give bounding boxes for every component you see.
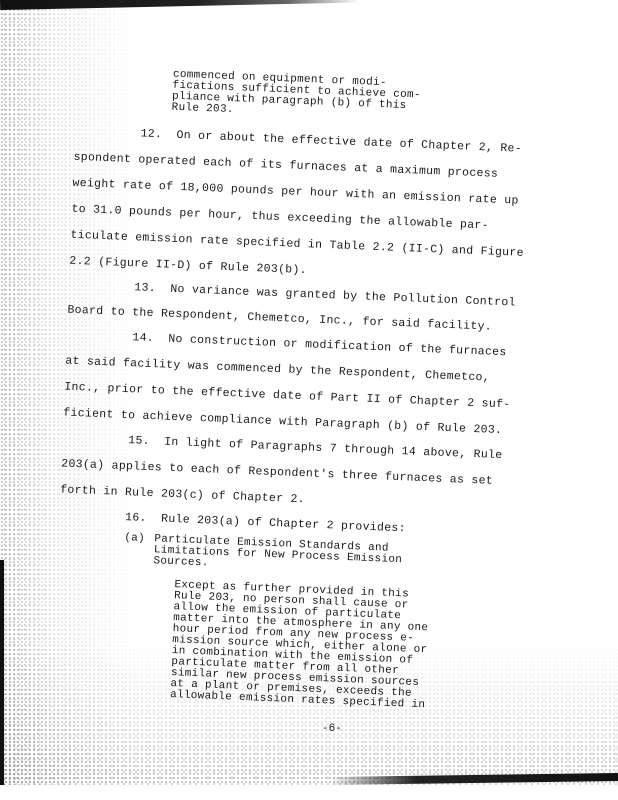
- document-text: commenced on equipment or modi- fication…: [0, 0, 618, 785]
- scanned-page: commenced on equipment or modi- fication…: [0, 0, 618, 785]
- paragraph-line: In light of Paragraphs 7 through 14 abov…: [164, 436, 503, 463]
- paragraph-line: weight rate of 18,000 pounds per hour wi…: [72, 177, 519, 208]
- page-number: -6-: [322, 723, 342, 735]
- paragraph-number: 13.: [134, 281, 156, 295]
- paragraph-line: Rule 203(a) of Chapter 2 provides:: [161, 513, 406, 536]
- continued-quote-line: Rule 203.: [171, 103, 234, 116]
- paragraph-line: Board to the Respondent, Chemetco, Inc.,…: [67, 304, 492, 334]
- paragraph-line: 203(a) applies to each of Respondent's t…: [61, 457, 493, 487]
- paragraph-line: 2.2 (Figure II-D) of Rule 203(b).: [69, 255, 307, 278]
- paragraph-line: ficient to achieve compliance with Parag…: [63, 407, 502, 438]
- paragraph-line: No construction or modification of the f…: [168, 333, 507, 360]
- paragraph-line: No variance was granted by the Pollution…: [170, 283, 516, 310]
- paragraph-number: 12.: [140, 127, 162, 141]
- paragraph-line: at said facility was commenced by the Re…: [65, 355, 490, 385]
- rule-heading-line: Sources.: [153, 556, 209, 569]
- paragraph-line: On or about the effective date of Chapte…: [176, 129, 522, 156]
- paragraph-line: forth in Rule 203(c) of Chapter 2.: [60, 483, 305, 506]
- rule-label: (a): [124, 533, 145, 545]
- paragraph-line: spondent operated each of its furnaces a…: [73, 151, 498, 181]
- paragraph-line: Inc., prior to the effective date of Par…: [64, 381, 511, 412]
- paragraph-number: 14.: [132, 331, 154, 345]
- paragraph-number: 15.: [128, 434, 150, 448]
- paragraph-line: ticulate emission rate specified in Tabl…: [70, 229, 524, 260]
- paragraph-number: 16.: [125, 511, 147, 525]
- paragraph-line: to 31.0 pounds per hour, thus exceeding …: [71, 203, 489, 233]
